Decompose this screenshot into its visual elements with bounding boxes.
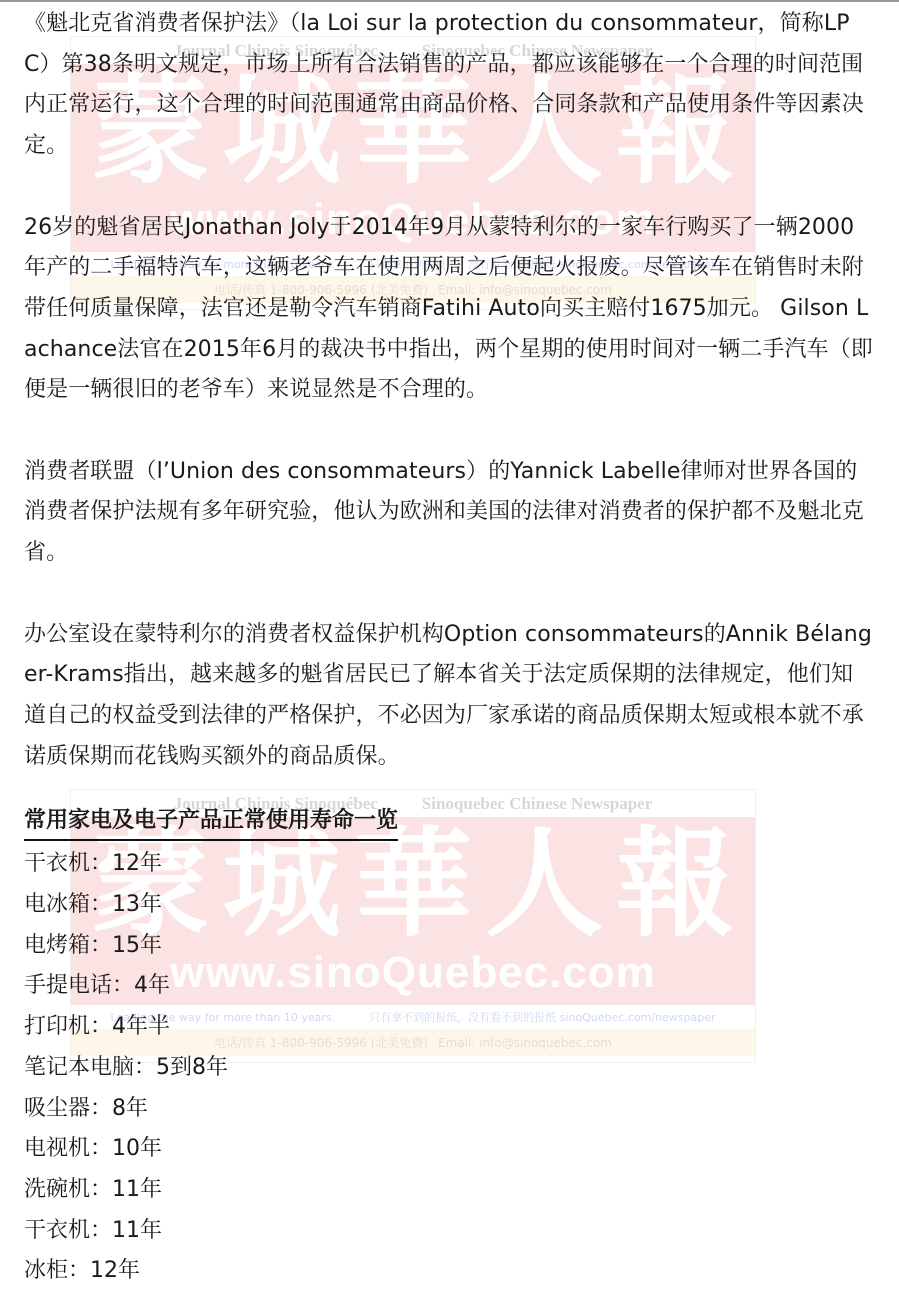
- list-item-separator: ：: [90, 1136, 112, 1161]
- list-item: 电冰箱：13年: [24, 885, 874, 926]
- lifespan-list: 干衣机：12年 电冰箱：13年 电烤箱：15年 手提电话：4年 打印机：4年半 …: [24, 844, 874, 1292]
- list-item-separator: ：: [90, 1014, 112, 1039]
- list-item-value: 12年: [112, 851, 162, 876]
- list-item-name: 冰柜: [24, 1258, 68, 1283]
- article-paragraph-union: 消费者联盟（l’Union des consommateurs）的Yannick…: [24, 452, 874, 574]
- list-item: 打印机：4年半: [24, 1007, 874, 1048]
- list-item: 电视机：10年: [24, 1129, 874, 1170]
- list-item-name: 电冰箱: [24, 892, 90, 917]
- list-item-name: 电烤箱: [24, 933, 90, 958]
- list-item-name: 电视机: [24, 1136, 90, 1161]
- list-item-name: 笔记本电脑: [24, 1055, 134, 1080]
- article-paragraph-court-case: 26岁的魁省居民Jonathan Joly于2014年9月从蒙特利尔的一家车行购…: [24, 208, 874, 412]
- list-item-separator: ：: [68, 1258, 90, 1283]
- list-item-separator: ：: [90, 933, 112, 958]
- list-item-name: 干衣机: [24, 851, 90, 876]
- list-item-value: 5到8年: [156, 1055, 228, 1080]
- section-heading: 常用家电及电子产品正常使用寿命一览: [24, 804, 398, 841]
- list-item: 笔记本电脑：5到8年: [24, 1048, 874, 1089]
- list-item: 干衣机：12年: [24, 844, 874, 885]
- list-item-separator: ：: [90, 1218, 112, 1243]
- list-item-value: 11年: [112, 1177, 162, 1202]
- list-item-value: 4年半: [112, 1014, 170, 1039]
- list-item-value: 8年: [112, 1096, 148, 1121]
- list-item-value: 10年: [112, 1136, 162, 1161]
- list-item: 干衣机：11年: [24, 1211, 874, 1252]
- list-item-value: 12年: [90, 1258, 140, 1283]
- list-item-value: 4年: [134, 973, 170, 998]
- list-item: 手提电话：4年: [24, 966, 874, 1007]
- list-item-name: 干衣机: [24, 1218, 90, 1243]
- list-item: 洗碗机：11年: [24, 1170, 874, 1211]
- list-item-name: 手提电话: [24, 973, 112, 998]
- list-item-name: 洗碗机: [24, 1177, 90, 1202]
- list-item-separator: ：: [134, 1055, 156, 1080]
- list-item-separator: ：: [90, 892, 112, 917]
- top-border: [0, 0, 899, 2]
- list-item-name: 打印机: [24, 1014, 90, 1039]
- list-item: 吸尘器：8年: [24, 1089, 874, 1130]
- list-item-separator: ：: [90, 851, 112, 876]
- list-item-separator: ：: [90, 1177, 112, 1202]
- list-item-value: 11年: [112, 1218, 162, 1243]
- list-item: 冰柜：12年: [24, 1251, 874, 1292]
- list-item: 电烤箱：15年: [24, 926, 874, 967]
- article-paragraph-option-consommateurs: 办公室设在蒙特利尔的消费者权益保护机构Option consommateurs的…: [24, 615, 874, 778]
- article-body: 《魁北克省消费者保护法》（la Loi sur la protection du…: [24, 4, 874, 1292]
- list-item-separator: ：: [112, 973, 134, 998]
- list-item-value: 13年: [112, 892, 162, 917]
- article-paragraph-lpc: 《魁北克省消费者保护法》（la Loi sur la protection du…: [24, 4, 874, 167]
- list-item-value: 15年: [112, 933, 162, 958]
- list-item-name: 吸尘器: [24, 1096, 90, 1121]
- list-item-separator: ：: [90, 1096, 112, 1121]
